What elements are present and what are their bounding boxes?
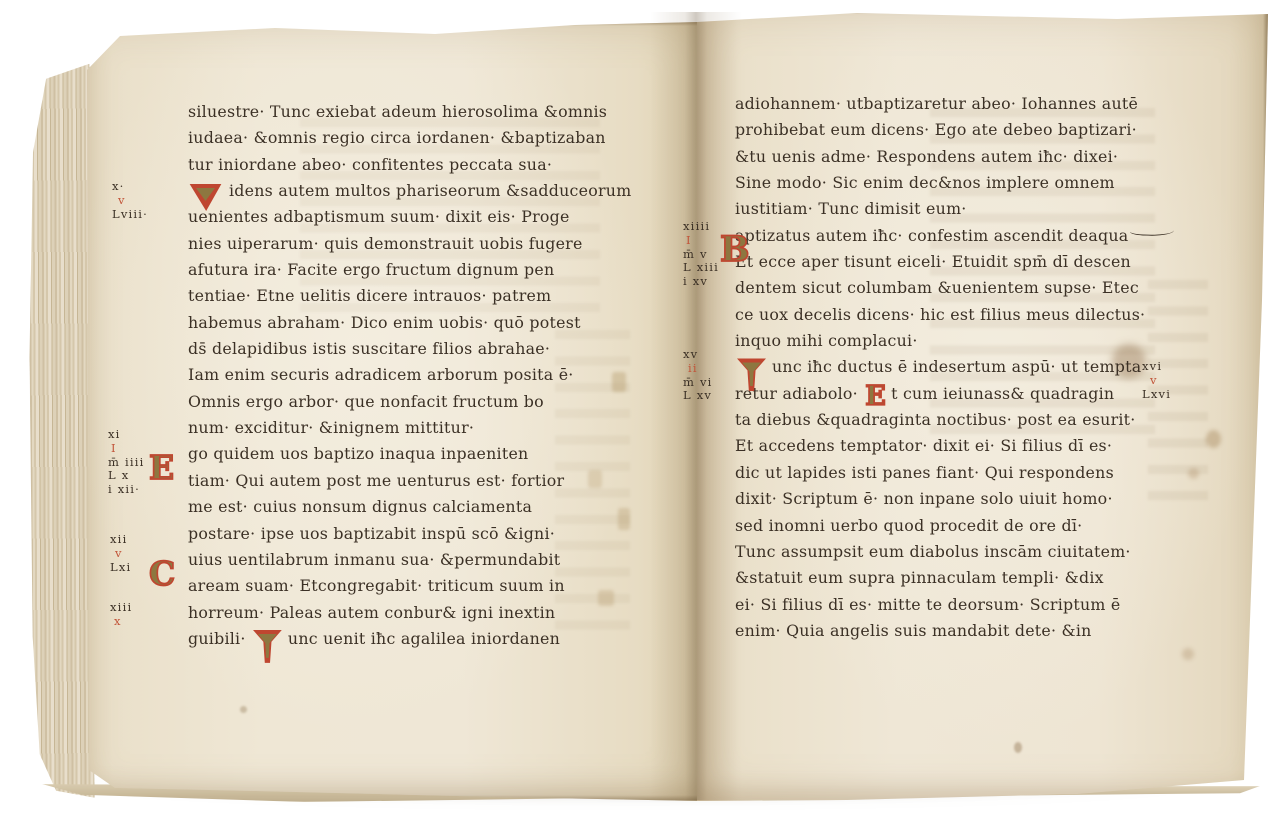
text-line: Baptizatus autem iħc· confestim ascendit…	[735, 223, 1175, 249]
script-text: idens autem multos phariseorum &sadduceo…	[229, 181, 631, 200]
canon-number-block: xiiiiIm̄ vL xiiii xv	[683, 220, 719, 289]
section-numeral: i xv	[683, 275, 719, 289]
script-text: Et ecce aper tisunt eiceli· Etuidit spm̄…	[735, 252, 1131, 271]
section-numeral: L x	[108, 469, 144, 483]
script-text: ei· Si filius dī es· mitte te deorsum· S…	[735, 595, 1120, 614]
text-line: Et ecce aper tisunt eiceli· Etuidit spm̄…	[735, 249, 1175, 275]
text-line: ce uox decelis dicens· hic est filius me…	[735, 302, 1175, 328]
text-line: tur iniordane abeo· confitentes peccata …	[188, 152, 640, 178]
section-numeral: Lviii·	[112, 208, 148, 222]
script-text: dentem sicut columbam &uenientem supse· …	[735, 278, 1139, 297]
section-numeral: i xii·	[108, 483, 144, 497]
canon-number-block: xviim̄ viL xv	[683, 348, 713, 403]
text-line: tiam· Qui autem post me uenturus est· fo…	[188, 468, 640, 494]
text-line: uenientes adbaptismum suum· dixit eis· P…	[188, 204, 640, 230]
text-line: siluestre· Tunc exiebat adeum hierosolim…	[188, 99, 640, 125]
text-line: iustitiam· Tunc dimisit eum·	[735, 196, 1175, 222]
text-line: dentem sicut columbam &uenientem supse· …	[735, 275, 1175, 301]
script-text: habemus abraham· Dico enim uobis· quō po…	[188, 313, 581, 332]
text-line: inquo mihi complacui·	[735, 328, 1175, 354]
script-text: horreum· Paleas autem conbur& igni inext…	[188, 603, 555, 622]
pen-flourish	[1130, 225, 1174, 237]
section-numeral: xiiii	[683, 220, 719, 234]
section-numeral: m̄ vi	[683, 376, 713, 390]
script-text: nies uiperarum· quis demonstrauit uobis …	[188, 234, 583, 253]
text-line: Ego quidem uos baptizo inaqua inpaeniten	[188, 441, 640, 467]
canon-number-block: xiIm̄ iiiiL xi xii·	[108, 428, 144, 497]
canon-numeral-red: v	[1150, 374, 1171, 388]
section-numeral: m̄ iiii	[108, 456, 144, 470]
script-text: iustitiam· Tunc dimisit eum·	[735, 199, 967, 218]
script-text: num· exciditur· &inignem mittitur·	[188, 418, 474, 437]
section-numeral: x·	[112, 180, 148, 194]
section-numeral: xv	[683, 348, 713, 362]
script-text: me est· cuius nonsum dignus calciamenta	[188, 497, 532, 516]
script-text: ta diebus &quadraginta noctibus· post ea…	[735, 410, 1136, 429]
section-numeral: xvi	[1142, 360, 1171, 374]
section-numeral: xi	[108, 428, 144, 442]
text-line: num· exciditur· &inignem mittitur·	[188, 415, 640, 441]
script-text: ds̄ delapidibus istis suscitare filios a…	[188, 339, 550, 358]
canon-numeral-red: I	[686, 234, 719, 248]
script-text: sed inomni uerbo quod procedit de ore dī…	[735, 516, 1082, 535]
script-text: siluestre· Tunc exiebat adeum hierosolim…	[188, 102, 607, 121]
canon-numeral-red: v	[118, 194, 148, 208]
text-line: idens autem multos phariseorum &sadduceo…	[188, 178, 640, 204]
illuminated-initial-E: E	[863, 384, 891, 403]
script-text: dic ut lapides isti panes fiant· Qui res…	[735, 463, 1114, 482]
text-line: postare· ipse uos baptizabit inspū scō &…	[188, 521, 640, 547]
script-text: postare· ipse uos baptizabit inspū scō &…	[188, 524, 555, 543]
script-text: unc iħc ductus ē indesertum aspū· ut tem…	[772, 357, 1141, 376]
initial-glyph: E	[149, 451, 174, 484]
script-text: inquo mihi complacui·	[735, 331, 918, 350]
text-line: Cuius uentilabrum inmanu sua· &permundab…	[188, 547, 640, 573]
section-numeral: xiii	[110, 601, 132, 615]
script-text: tentiae· Etne uelitis dicere intrauos· p…	[188, 286, 551, 305]
section-numeral: L xv	[683, 389, 713, 403]
text-line: prohibebat eum dicens· Ego ate debeo bap…	[735, 117, 1175, 143]
script-text: &statuit eum supra pinnaculam templi· &d…	[735, 568, 1104, 587]
text-line: Omnis ergo arbor· que nonfacit fructum b…	[188, 389, 640, 415]
section-numeral: L xiii	[683, 261, 719, 275]
initial-glyph: B	[720, 232, 750, 267]
script-text: Iam enim securis adradicem arborum posit…	[188, 365, 574, 384]
script-text: unc uenit iħc agalilea iniordanen	[288, 629, 560, 648]
script-text: Sine modo· Sic enim dec&nos implere omne…	[735, 173, 1115, 192]
text-line: &statuit eum supra pinnaculam templi· &d…	[735, 565, 1175, 591]
canon-numeral-red: v	[115, 547, 131, 561]
canon-numeral-red: I	[111, 442, 144, 456]
text-line: unc iħc ductus ē indesertum aspū· ut tem…	[735, 354, 1175, 380]
text-line: me est· cuius nonsum dignus calciamenta	[188, 494, 640, 520]
script-text: Tunc assumpsit eum diabolus inscām ciuit…	[735, 542, 1131, 561]
text-line: sed inomni uerbo quod procedit de ore dī…	[735, 513, 1175, 539]
script-text: t cum ieiunass& quadragin	[891, 384, 1114, 403]
canon-number-block: xiiix	[110, 601, 132, 629]
text-line: habemus abraham· Dico enim uobis· quō po…	[188, 310, 640, 336]
script-text: aptizatus autem iħc· confestim ascendit …	[735, 226, 1128, 245]
script-text: enim· Quia angelis suis mandabit dete· &…	[735, 621, 1092, 640]
section-numeral: Lxvi	[1142, 388, 1171, 402]
text-line: dic ut lapides isti panes fiant· Qui res…	[735, 460, 1175, 486]
text-line: iudaea· &omnis regio circa iordanen· &ba…	[188, 125, 640, 151]
text-line: retur adiabolo· Et cum ieiunass& quadrag…	[735, 381, 1175, 407]
text-line: nies uiperarum· quis demonstrauit uobis …	[188, 231, 640, 257]
manuscript-photo: { "document": { "kind": "illuminated-man…	[0, 0, 1280, 813]
left-foredge-page-stack	[27, 64, 94, 798]
script-text: prohibebat eum dicens· Ego ate debeo bap…	[735, 120, 1137, 139]
script-text: tur iniordane abeo· confitentes peccata …	[188, 155, 552, 174]
script-text: adiohannem· utbaptizaretur abeo· Iohanne…	[735, 94, 1138, 113]
script-text: afutura ira· Facite ergo fructum dignum …	[188, 260, 554, 279]
text-line: Et accedens temptator· dixit ei· Si fili…	[735, 433, 1175, 459]
script-text: go quidem uos baptizo inaqua inpaeniten	[188, 444, 528, 463]
text-line: horreum· Paleas autem conbur& igni inext…	[188, 600, 640, 626]
canon-number-block: x·vLviii·	[112, 180, 148, 221]
script-text: &tu uenis adme· Respondens autem iħc· di…	[735, 147, 1118, 166]
text-line: guibili· unc uenit iħc agalilea iniordan…	[188, 626, 640, 652]
canon-number-block: xiivLxi	[110, 533, 131, 574]
text-line: &tu uenis adme· Respondens autem iħc· di…	[735, 144, 1175, 170]
canon-number-block: xvivLxvi	[1142, 360, 1171, 401]
section-numeral: Lxi	[110, 561, 131, 575]
text-line: dixit· Scriptum ē· non inpane solo uiuit…	[735, 486, 1175, 512]
text-line: adiohannem· utbaptizaretur abeo· Iohanne…	[735, 91, 1175, 117]
section-numeral: m̄ v	[683, 248, 719, 262]
script-text: guibili·	[188, 629, 251, 648]
text-line: Tunc assumpsit eum diabolus inscām ciuit…	[735, 539, 1175, 565]
section-numeral: xii	[110, 533, 131, 547]
text-line: enim· Quia angelis suis mandabit dete· &…	[735, 618, 1175, 644]
text-line: ei· Si filius dī es· mitte te deorsum· S…	[735, 592, 1175, 618]
script-text: aream suam· Etcongregabit· triticum suum…	[188, 576, 565, 595]
script-text: Et accedens temptator· dixit ei· Si fili…	[735, 436, 1112, 455]
left-text-column: siluestre· Tunc exiebat adeum hierosolim…	[188, 99, 640, 652]
script-text: tiam· Qui autem post me uenturus est· fo…	[188, 471, 564, 490]
script-text: uenientes adbaptismum suum· dixit eis· P…	[188, 207, 570, 226]
script-text: dixit· Scriptum ē· non inpane solo uiuit…	[735, 489, 1113, 508]
text-line: tentiae· Etne uelitis dicere intrauos· p…	[188, 283, 640, 309]
text-line: Sine modo· Sic enim dec&nos implere omne…	[735, 170, 1175, 196]
text-line: ta diebus &quadraginta noctibus· post ea…	[735, 407, 1175, 433]
canon-numeral-red: x	[114, 615, 132, 629]
script-text: Omnis ergo arbor· que nonfacit fructum b…	[188, 392, 544, 411]
text-line: aream suam· Etcongregabit· triticum suum…	[188, 573, 640, 599]
script-text: iudaea· &omnis regio circa iordanen· &ba…	[188, 128, 606, 147]
text-line: Iam enim securis adradicem arborum posit…	[188, 362, 640, 388]
canon-numeral-red: ii	[688, 362, 713, 376]
text-line: ds̄ delapidibus istis suscitare filios a…	[188, 336, 640, 362]
right-text-column: adiohannem· utbaptizaretur abeo· Iohanne…	[735, 91, 1175, 644]
script-text: ce uox decelis dicens· hic est filius me…	[735, 305, 1145, 324]
initial-glyph: C	[149, 557, 176, 590]
text-line: afutura ira· Facite ergo fructum dignum …	[188, 257, 640, 283]
script-text: uius uentilabrum inmanu sua· &permundabi…	[188, 550, 560, 569]
